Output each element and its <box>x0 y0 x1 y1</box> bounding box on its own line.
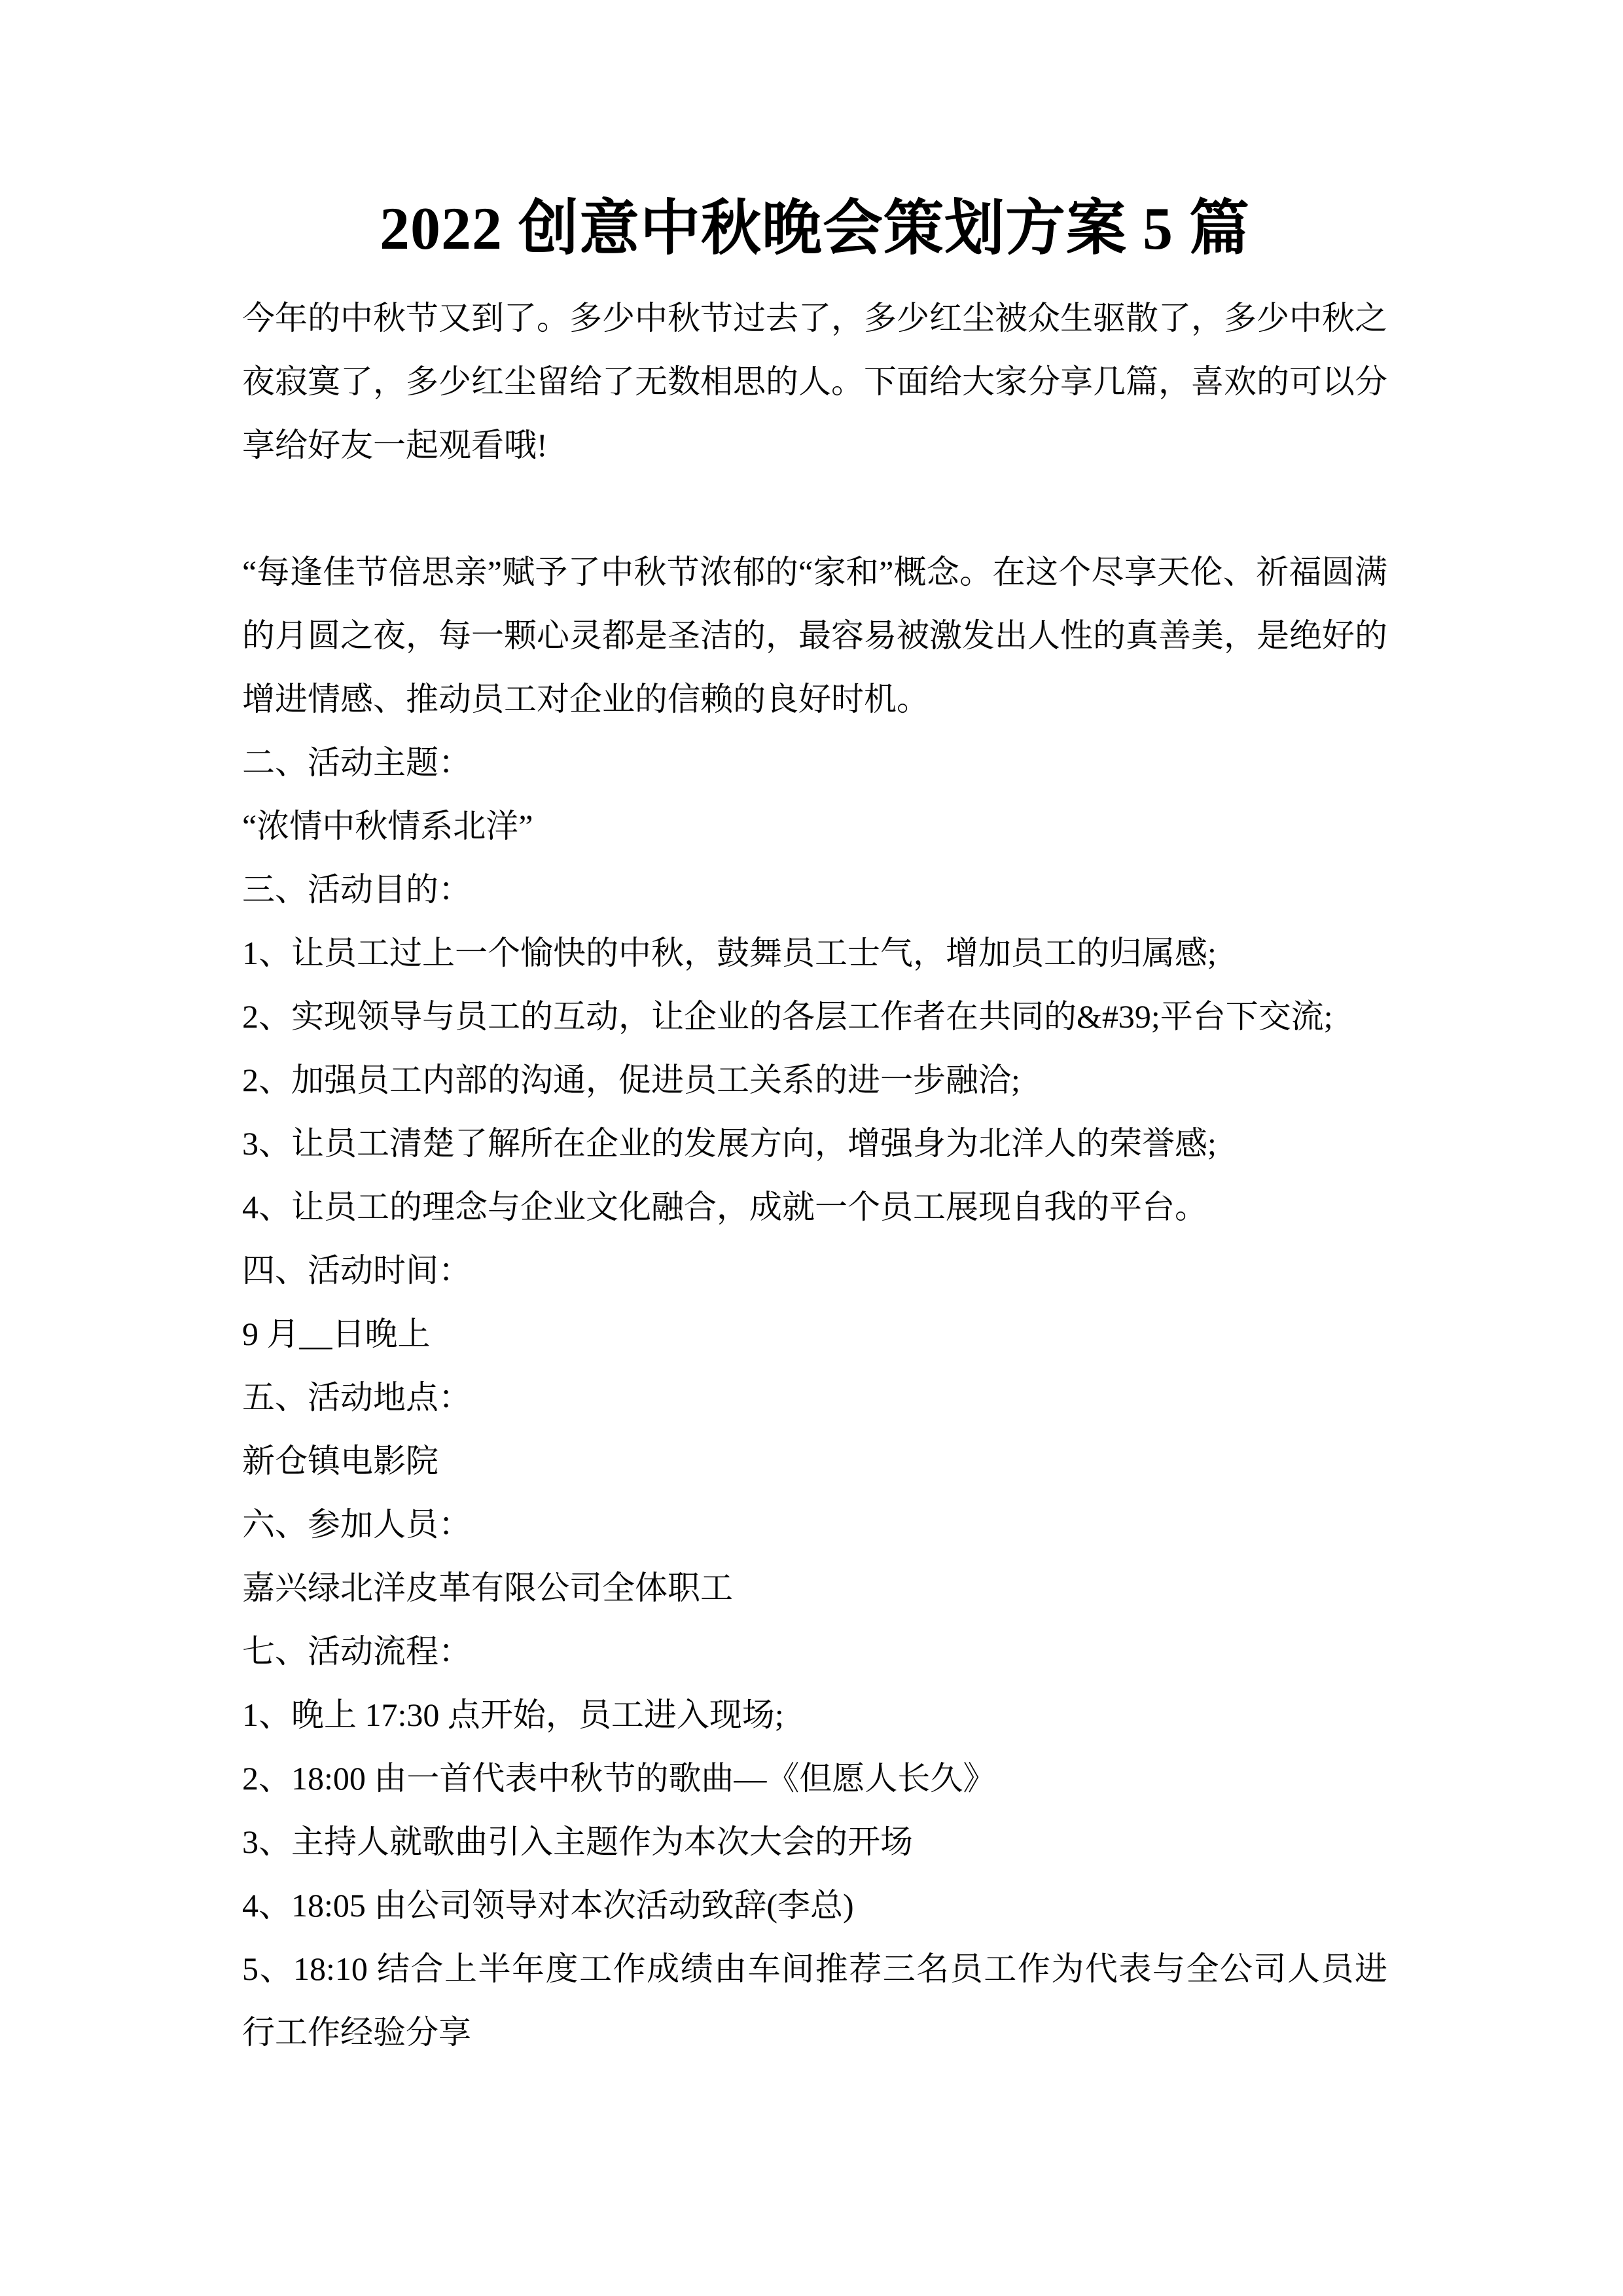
doc-heading-time: 四、活动时间： <box>242 1239 1387 1302</box>
doc-title: 2022 创意中秋晚会策划方案 5 篇 <box>242 188 1387 270</box>
doc-paragraph: 9 月__日晚上 <box>242 1302 1387 1366</box>
doc-paragraph-intro: 今年的中秋节又到了。多少中秋节过去了，多少红尘被众生驱散了，多少中秋之夜寂寞了，… <box>242 287 1387 477</box>
doc-list-item: 2、18:00 由一首代表中秋节的歌曲—《但愿人长久》 <box>242 1747 1387 1810</box>
doc-paragraph: 嘉兴绿北洋皮革有限公司全体职工 <box>242 1556 1387 1620</box>
doc-blank-line <box>242 477 1387 541</box>
doc-list-item: 4、让员工的理念与企业文化融合，成就一个员工展现自我的平台。 <box>242 1175 1387 1239</box>
doc-list-item: 1、晚上 17:30 点开始，员工进入现场; <box>242 1683 1387 1747</box>
doc-list-item: 5、18:10 结合上半年度工作成绩由车间推荐三名员工作为代表与全公司人员进行工… <box>242 1937 1387 2064</box>
doc-heading-theme: 二、活动主题： <box>242 731 1387 795</box>
doc-heading-attendees: 六、参加人员： <box>242 1493 1387 1556</box>
doc-paragraph: “浓情中秋情系北洋” <box>242 795 1387 858</box>
doc-heading-place: 五、活动地点： <box>242 1366 1387 1429</box>
doc-heading-flow: 七、活动流程： <box>242 1620 1387 1683</box>
doc-list-item: 2、实现领导与员工的互动，让企业的各层工作者在共同的&#39;平台下交流; <box>242 985 1387 1049</box>
doc-heading-purpose: 三、活动目的： <box>242 858 1387 922</box>
doc-list-item: 2、加强员工内部的沟通，促进员工关系的进一步融洽; <box>242 1049 1387 1112</box>
doc-list-item: 1、让员工过上一个愉快的中秋，鼓舞员工士气，增加员工的归属感; <box>242 922 1387 985</box>
doc-list-item: 4、18:05 由公司领导对本次活动致辞(李总) <box>242 1874 1387 1937</box>
doc-list-item: 3、主持人就歌曲引入主题作为本次大会的开场 <box>242 1810 1387 1874</box>
document-page: 2022 创意中秋晚会策划方案 5 篇 今年的中秋节又到了。多少中秋节过去了，多… <box>0 0 1623 2296</box>
doc-list-item: 3、让员工清楚了解所在企业的发展方向，增强身为北洋人的荣誉感; <box>242 1112 1387 1175</box>
doc-body: 今年的中秋节又到了。多少中秋节过去了，多少红尘被众生驱散了，多少中秋之夜寂寞了，… <box>242 287 1387 2064</box>
doc-paragraph: 新仓镇电影院 <box>242 1429 1387 1493</box>
doc-paragraph: “每逢佳节倍思亲”赋予了中秋节浓郁的“家和”概念。在这个尽享天伦、祈福圆满的月圆… <box>242 541 1387 731</box>
